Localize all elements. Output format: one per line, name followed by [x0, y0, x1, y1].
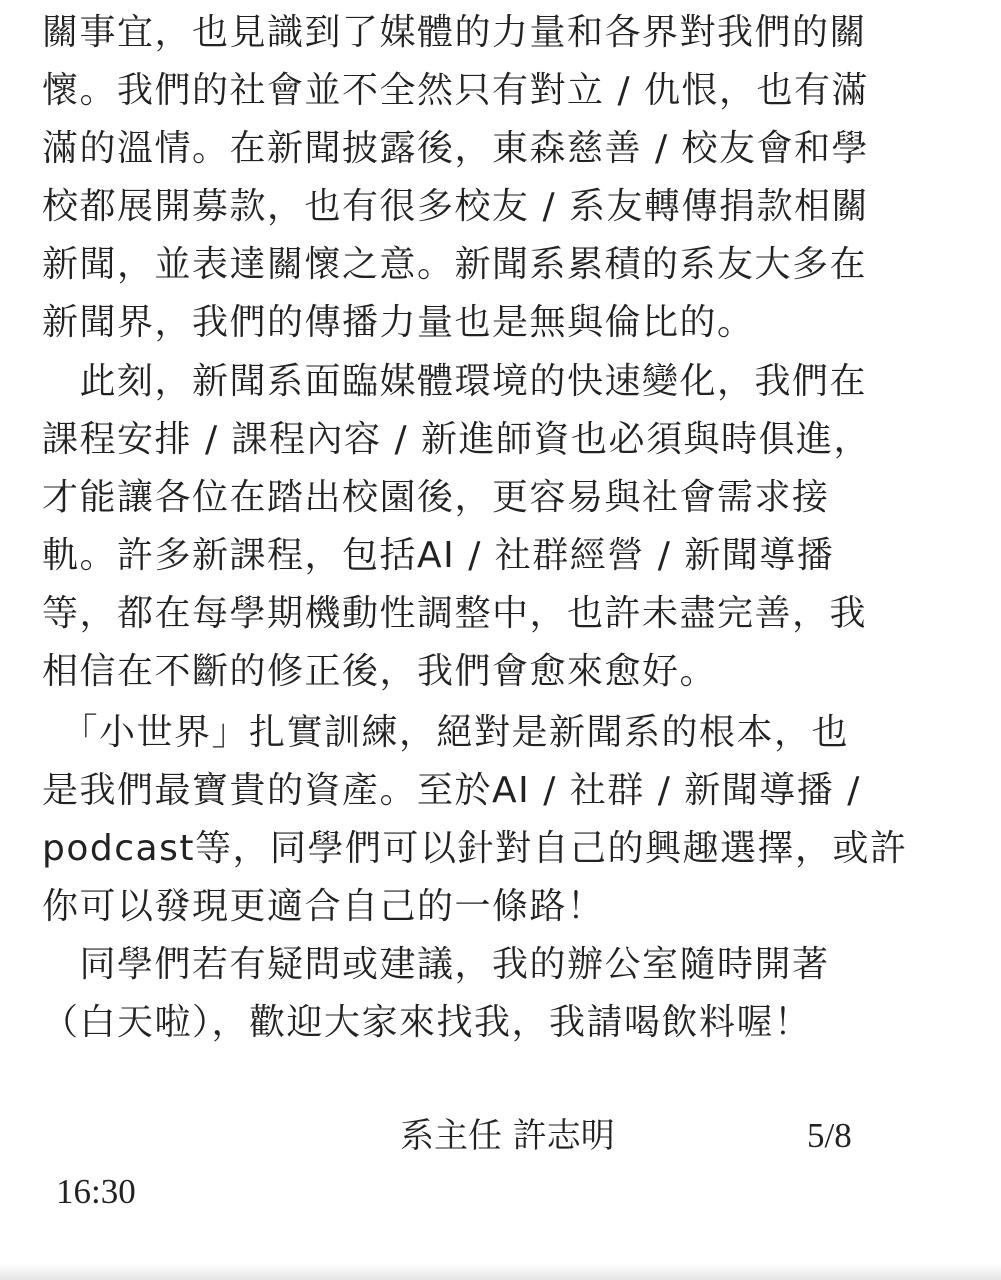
text-line: 關事宜，也見識到了媒體的力量和各界對我們的關: [42, 10, 867, 56]
signature-date: 5/8: [807, 1114, 852, 1158]
text-line: 課程安排 / 課程內容 / 新進師資也必須與時俱進，: [42, 417, 871, 463]
text-line: 「小世界」扎實訓練，絕對是新聞系的根本，也: [42, 710, 849, 756]
text-line: 懷。我們的社會並不全然只有對立 / 仇恨，也有滿: [42, 68, 869, 114]
signature-time: 16:30: [56, 1170, 136, 1214]
text-line: 新聞，並表達關懷之意。新聞系累積的系友大多在: [42, 242, 867, 288]
text-line: 軌。許多新課程，包括AI / 社群經營 / 新聞導播: [42, 533, 834, 579]
bottom-edge-shadow: [0, 1264, 1001, 1280]
text-line: 等，都在每學期機動性調整中，也許未盡完善，我: [42, 591, 867, 637]
text-line: 才能讓各位在踏出校園後，更容易與社會需求接: [42, 475, 830, 521]
text-line: 滿的溫情。在新聞披露後，東森慈善 / 校友會和學: [42, 126, 869, 172]
text-line: 相信在不斷的修正後，我們會愈來愈好。: [42, 649, 717, 695]
text-line: 此刻，新聞系面臨媒體環境的快速變化，我們在: [42, 359, 867, 405]
letter-page: 關事宜，也見識到了媒體的力量和各界對我們的關 懷。我們的社會並不全然只有對立 /…: [0, 0, 1001, 1280]
text-line: 同學們若有疑問或建議，我的辦公室隨時開著: [42, 942, 830, 988]
signature-title-name: 系主任 許志明: [400, 1114, 615, 1158]
text-line: （白天啦），歡迎大家來找我，我請喝飲料喔！: [42, 1000, 812, 1046]
text-line: 新聞界，我們的傳播力量也是無與倫比的。: [42, 300, 755, 346]
text-line: 是我們最寶貴的資產。至於AI / 社群 / 新聞導播 /: [42, 768, 861, 814]
text-line: podcast等，同學們可以針對自己的興趣選擇，或許: [42, 826, 907, 872]
text-line: 你可以發現更適合自己的一條路！: [42, 884, 605, 930]
text-line: 校都展開募款，也有很多校友 / 系友轉傳捐款相關: [42, 184, 869, 230]
